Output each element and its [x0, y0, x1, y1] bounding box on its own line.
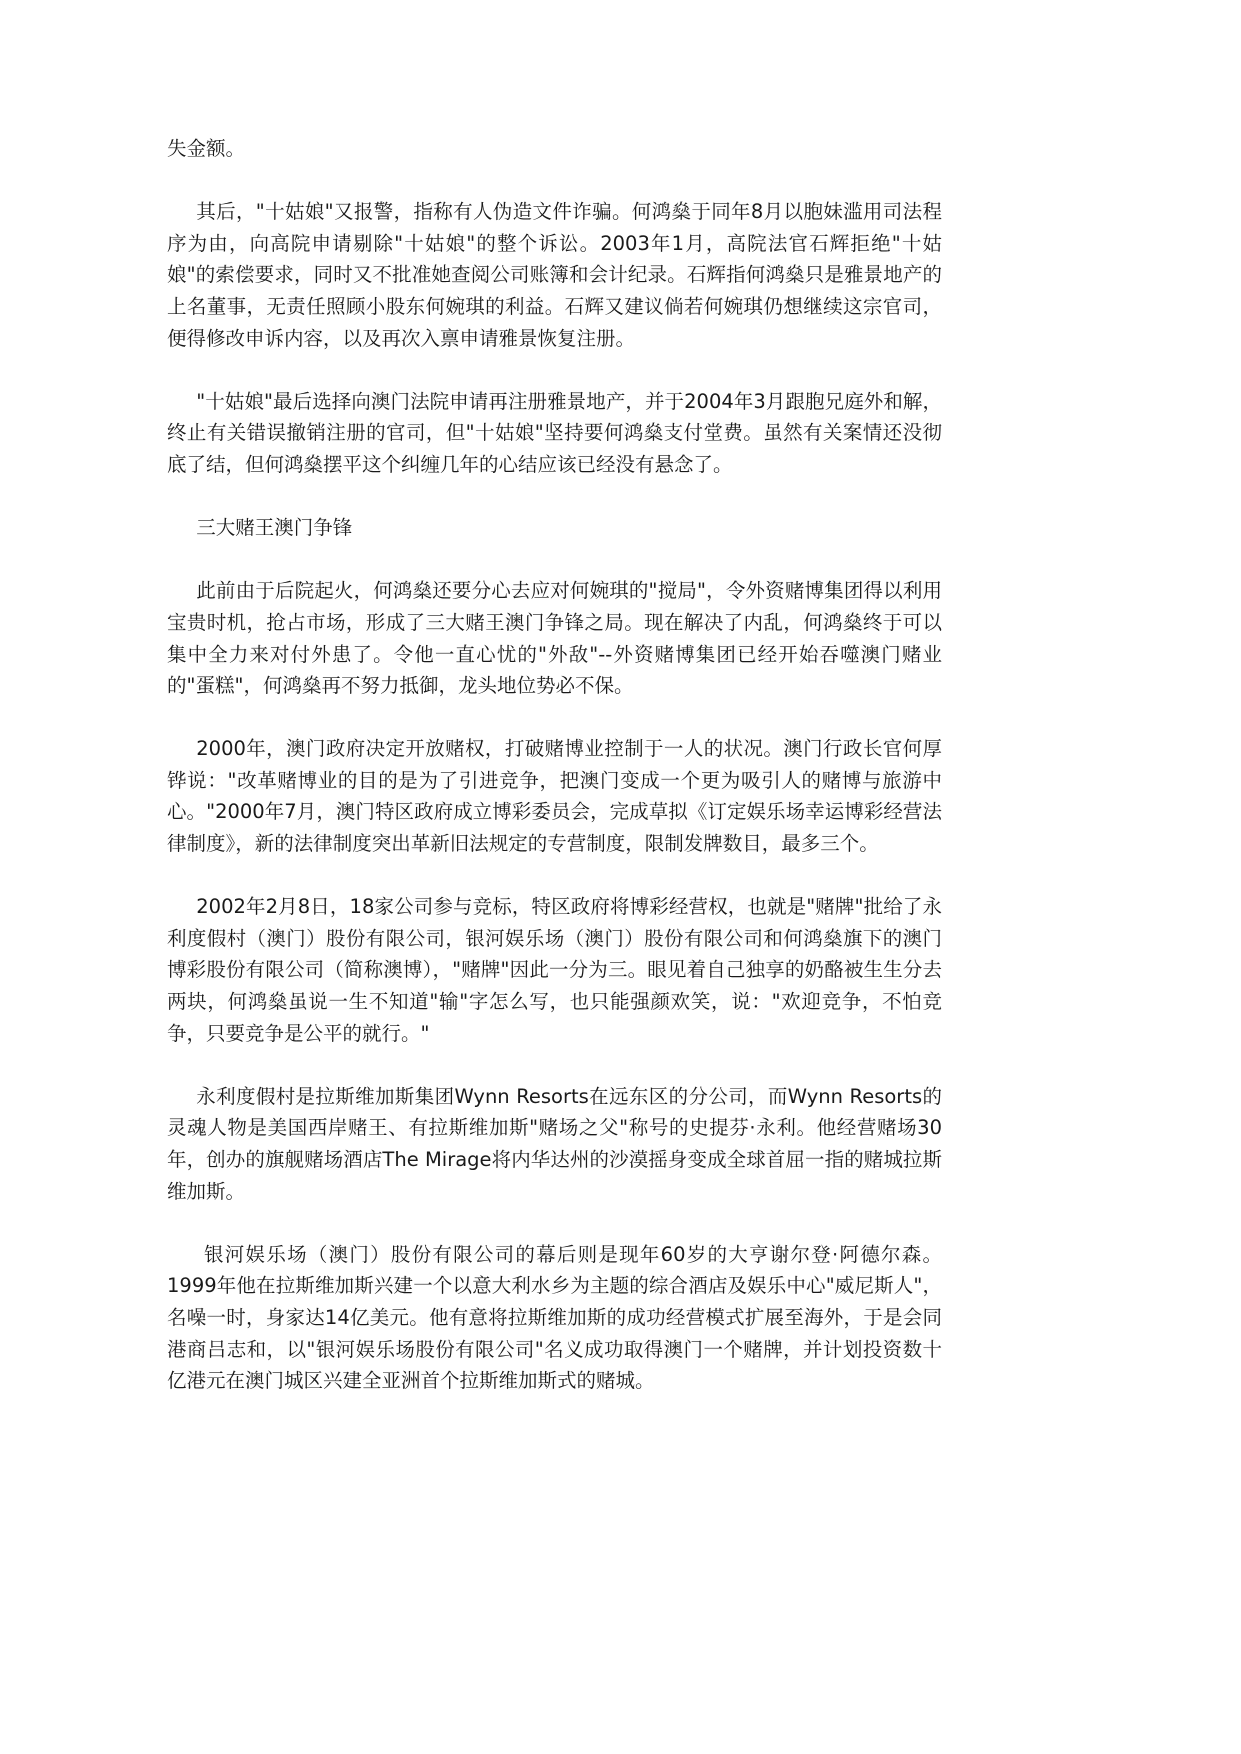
paragraph-license-tender: 2002年2月8日，18家公司参与竞标，特区政府将博彩经营权，也就是"赌牌"批给… [167, 891, 942, 1049]
document-page: 失金额。 其后，"十姑娘"又报警，指称有人伪造文件诈骗。何鸿燊于同年8月以胞妹滥… [167, 133, 942, 1428]
paragraph-galaxy-adelson: 银河娱乐场（澳门）股份有限公司的幕后则是现年60岁的大亨谢尔登·阿德尔森。199… [167, 1239, 942, 1397]
paragraph-gaming-liberalization: 2000年，澳门政府决定开放赌权，打破赌博业控制于一人的状况。澳门行政长官何厚铧… [167, 733, 942, 859]
paragraph-settlement: "十姑娘"最后选择向澳门法院申请再注册雅景地产，并于2004年3月跟胞兄庭外和解… [167, 386, 942, 481]
paragraph-wynn-resorts: 永利度假村是拉斯维加斯集团Wynn Resorts在远东区的分公司，而Wynn … [167, 1081, 942, 1207]
paragraph-lawsuit-dismissal: 其后，"十姑娘"又报警，指称有人伪造文件诈骗。何鸿燊于同年8月以胞妹滥用司法程序… [167, 196, 942, 354]
paragraph-continuation: 失金额。 [167, 133, 942, 165]
section-heading: 三大赌王澳门争锋 [167, 512, 942, 544]
paragraph-foreign-competition: 此前由于后院起火，何鸿燊还要分心去应对何婉琪的"搅局"，令外资赌博集团得以利用宝… [167, 575, 942, 701]
